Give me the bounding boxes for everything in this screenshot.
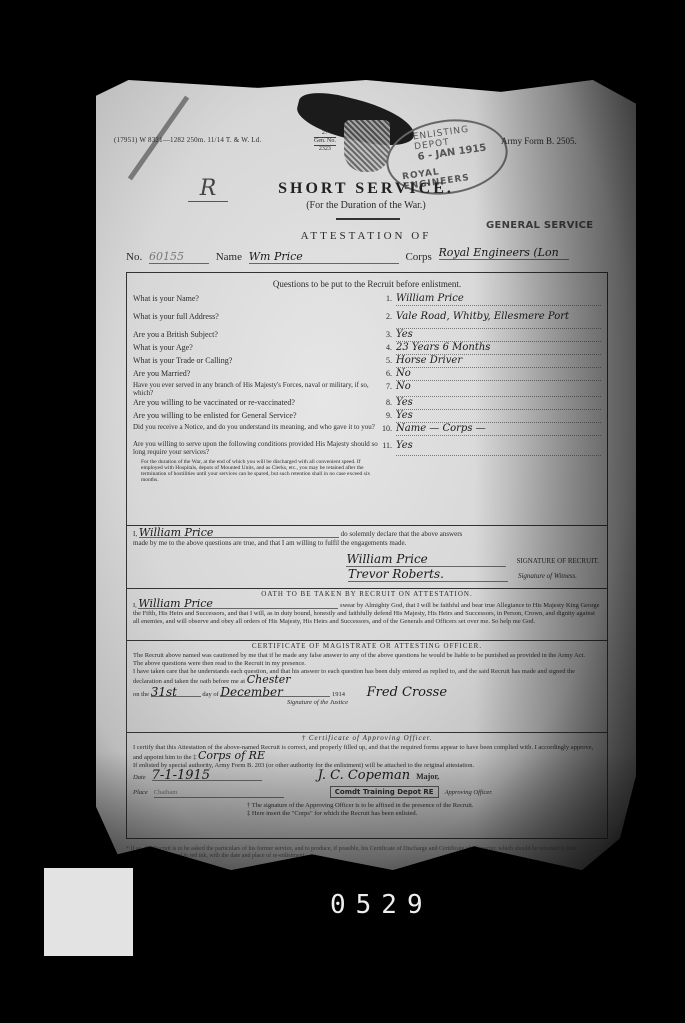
answer-text: Yes	[396, 329, 601, 342]
declaration-text: I, William Price do solemnly declare tha…	[127, 524, 607, 552]
answer-text: Horse Driver	[396, 355, 601, 368]
oath-text: I, William Price swear by Almighty God, …	[127, 600, 607, 626]
service-conditions: For the duration of the War, at the end …	[127, 459, 387, 483]
question-number: 1.	[378, 293, 392, 306]
recruit-signature: William Price	[346, 552, 506, 567]
justice-signature: Fred Crosse	[367, 685, 447, 700]
justice-signature-label: Signature of the Justice	[127, 699, 607, 707]
question-row: Are you Married?6.No	[127, 368, 607, 381]
question-text: Are you Married?	[133, 368, 378, 381]
answer-text: No	[396, 368, 601, 381]
training-depot-stamp: Comdt Training Depot RE	[330, 786, 439, 798]
question-number: 3.	[378, 329, 392, 342]
question-row: Are you willing to be enlisted for Gener…	[127, 410, 607, 423]
question-number: 9.	[378, 410, 392, 423]
question-row: Are you willing to be vaccinated or re-v…	[127, 397, 607, 410]
question-row: What is your Age?4.23 Years 6 Months	[127, 342, 607, 355]
approval-date-line: Date 7-1-1915 J. C. Copeman Major,	[127, 772, 607, 782]
question-row: What is your Trade or Calling?5.Horse Dr…	[127, 355, 607, 368]
question-row: Did you receive a Notice, and do you und…	[127, 423, 607, 436]
witness-signature-line: Trevor Roberts. Signature of Witness.	[127, 567, 607, 582]
question-text: What is your Trade or Calling?	[133, 355, 378, 368]
question-text: Have you ever served in any branch of Hi…	[133, 381, 378, 397]
question-row: Have you ever served in any branch of Hi…	[127, 381, 607, 397]
question-number: 11.	[378, 440, 392, 456]
day-of-label: day of	[202, 691, 218, 698]
question-row: Are you a British Subject?3.Yes	[127, 329, 607, 342]
army-form-number: Army Form B. 2505.	[501, 136, 577, 146]
attestation-day: 31st	[151, 688, 201, 697]
corps-label: Corps	[405, 251, 431, 263]
approval-place: Chatham	[154, 789, 284, 798]
approving-p1: I certify that this Attestation of the a…	[127, 744, 607, 762]
question-number: 10.	[378, 423, 392, 436]
gen-no-top: 27	[314, 130, 336, 137]
oath-i: I,	[133, 602, 137, 609]
witness-signature-label: Signature of Witness.	[518, 572, 577, 580]
question-number: 6.	[378, 368, 392, 381]
oath-name: William Price	[138, 600, 338, 609]
questions-section: Questions to be put to the Recruit befor…	[126, 272, 608, 526]
answer-text: Yes	[396, 440, 601, 456]
form-title: SHORT SERVICE.	[96, 180, 636, 198]
question-text: Did you receive a Notice, and do you und…	[133, 423, 378, 436]
attestation-heading: ATTESTATION OF	[96, 230, 636, 242]
question-number: 5.	[378, 355, 392, 368]
question-row: Are you willing to serve upon the follow…	[127, 440, 607, 456]
question-number: 8.	[378, 397, 392, 410]
form-subtitle: (For the Duration of the War.)	[96, 200, 636, 211]
approved-corps: Corps of RE	[198, 749, 265, 762]
approving-officer-section: † Certificate of Approving Officer. I ce…	[126, 732, 608, 839]
approval-place-line: Place Chatham Comdt Training Depot RE Ap…	[127, 786, 607, 798]
question-text: Are you willing to be vaccinated or re-v…	[133, 397, 378, 410]
print-reference: (17951) W 8321—1282 250m. 11/14 T. & W. …	[114, 136, 261, 144]
questions-heading: Questions to be put to the Recruit befor…	[127, 279, 607, 289]
no-label: No.	[126, 251, 142, 263]
question-number: 2.	[378, 306, 392, 329]
question-text: What is your full Address?	[133, 306, 378, 329]
footnote: * If so, the Recruit is to be asked the …	[126, 846, 596, 860]
answer-text: Vale Road, Whitby, Ellesmere Port	[396, 306, 601, 329]
place-label: Place	[133, 789, 148, 797]
attestation-form-sheet: (17951) W 8321—1282 250m. 11/14 T. & W. …	[96, 80, 636, 870]
answer-text: William Price	[396, 293, 601, 306]
approving-heading: † Certificate of Approving Officer.	[127, 734, 607, 742]
date-label: Date	[133, 774, 146, 782]
title-rule	[336, 218, 400, 220]
white-calibration-patch	[44, 868, 133, 956]
certificate-heading: CERTIFICATE OF MAGISTRATE OR ATTESTING O…	[127, 642, 607, 650]
royal-crest-icon	[344, 120, 390, 172]
approval-date: 7-1-1915	[152, 772, 262, 781]
corps-value: Royal Engineers (Lon	[439, 246, 569, 260]
service-number: 60155	[149, 250, 209, 264]
question-text: What is your Age?	[133, 342, 378, 355]
approving-note-1: † The signature of the Approving Officer…	[127, 802, 607, 810]
answer-text: Yes	[396, 397, 601, 410]
certificate-p3: I have taken care that he understands ea…	[127, 668, 607, 686]
certificate-date-line: on the 31st day of December 1914 Fred Cr…	[127, 688, 607, 699]
question-text: What is your Name?	[133, 293, 378, 306]
question-number: 7.	[378, 381, 392, 397]
gen-number: 27 Gen. No. 2323	[314, 130, 336, 153]
certificate-p1: The Recruit above named was cautioned by…	[127, 652, 607, 660]
recruit-name: Wm Price	[249, 250, 399, 264]
oath-section: OATH TO BE TAKEN BY RECRUIT ON ATTESTATI…	[126, 588, 608, 641]
gen-no-value: 2323	[314, 146, 336, 153]
certificate-p2: The above questions were then read to th…	[127, 660, 607, 668]
answer-text: Name — Corps —	[396, 423, 601, 436]
recruit-signature-label: SIGNATURE OF RECRUIT.	[516, 557, 599, 565]
frame-counter: 0529	[330, 890, 433, 920]
question-row: What is your full Address?2.Vale Road, W…	[127, 306, 607, 329]
on-the-label: on the	[133, 691, 149, 698]
declarant-name: William Price	[139, 528, 339, 538]
answer-text: Yes	[396, 410, 601, 423]
answer-text: 23 Years 6 Months	[396, 342, 601, 355]
declaration-text-1: do solemnly declare that the above answe…	[341, 530, 463, 538]
question-text: Are you willing to serve upon the follow…	[133, 440, 378, 456]
attestation-year: 1914	[332, 691, 345, 698]
general-service-stamp: GENERAL SERVICE	[486, 220, 593, 231]
question-text: Are you a British Subject?	[133, 329, 378, 342]
witness-signature: Trevor Roberts.	[348, 567, 508, 582]
approving-officer-label: Approving Officer.	[445, 789, 493, 797]
question-text: Are you willing to be enlisted for Gener…	[133, 410, 378, 423]
declaration-text-2: made by me to the above questions are tr…	[133, 539, 406, 547]
approving-officer-signature: J. C. Copeman	[318, 772, 410, 780]
question-row: What is your Name?1.William Price	[127, 293, 607, 306]
approving-note-2: ‡ Here insert the "Corps" for which the …	[127, 810, 607, 818]
attestation-month: December	[220, 688, 330, 697]
recruit-signature-line: William Price SIGNATURE OF RECRUIT.	[127, 552, 607, 567]
recruit-id-line: No. 60155 Name Wm Price Corps Royal Engi…	[126, 246, 573, 264]
declaration-i: I,	[133, 530, 137, 538]
name-label: Name	[216, 251, 242, 263]
certificate-p3-text: I have taken care that he understands ea…	[133, 668, 575, 685]
magistrate-certificate-section: CERTIFICATE OF MAGISTRATE OR ATTESTING O…	[126, 640, 608, 733]
officer-rank: Major,	[416, 773, 439, 781]
question-number: 4.	[378, 342, 392, 355]
answer-text: No	[396, 381, 601, 397]
gen-no-label: Gen. No.	[314, 137, 336, 146]
declaration-section: I, William Price do solemnly declare tha…	[126, 524, 608, 589]
